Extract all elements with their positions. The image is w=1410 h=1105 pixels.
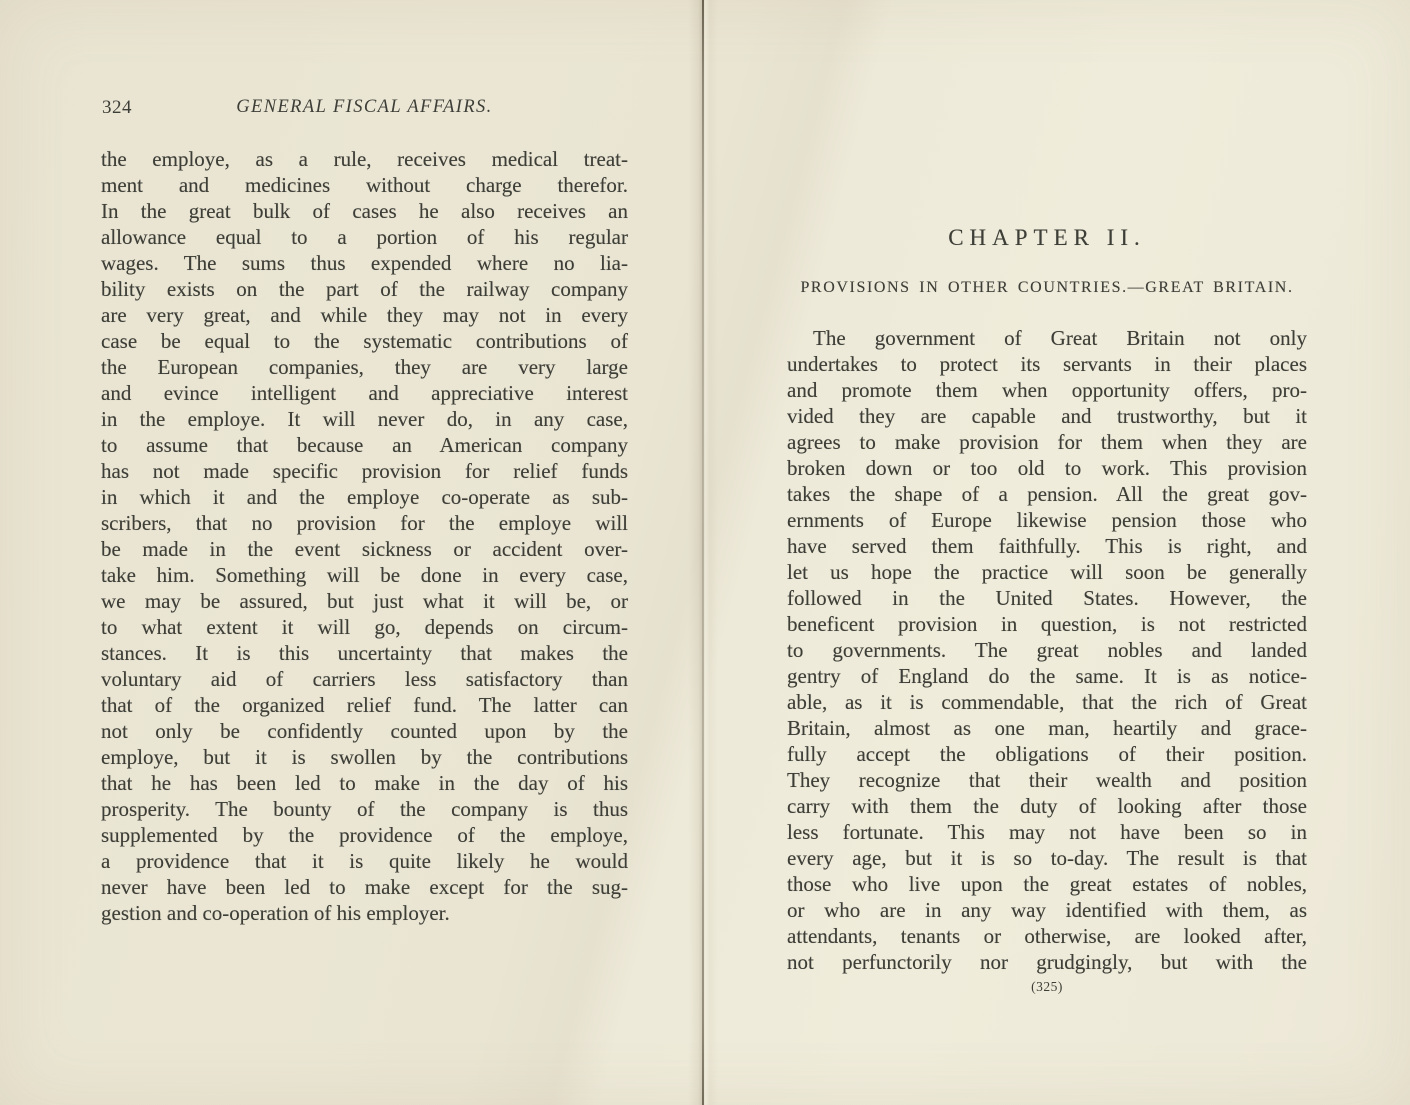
text-line: In the great bulk of cases he also recei… (101, 198, 628, 224)
text-line: take him. Something will be done in ever… (101, 562, 628, 588)
text-line: or who are in any way identified with th… (787, 897, 1307, 923)
text-line: that he has been led to make in the day … (101, 770, 628, 796)
text-line: we may be assured, but just what it will… (101, 588, 628, 614)
text-line: those who live upon the great estates of… (787, 871, 1307, 897)
text-line: attendants, tenants or otherwise, are lo… (787, 923, 1307, 949)
text-line: to what extent it will go, depends on ci… (101, 614, 628, 640)
chapter-subheading: PROVISIONS IN OTHER COUNTRIES.—GREAT BRI… (787, 279, 1307, 297)
text-line: wages. The sums thus expended where no l… (101, 250, 628, 276)
text-line: scribers, that no provision for the empl… (101, 510, 628, 536)
text-line: carry with them the duty of looking afte… (787, 793, 1307, 819)
text-line: have served them faithfully. This is rig… (787, 533, 1307, 559)
text-line: gentry of England do the same. It is as … (787, 663, 1307, 689)
text-line: followed in the United States. However, … (787, 585, 1307, 611)
running-header: GENERAL FISCAL AFFAIRS. (101, 97, 628, 118)
text-line: not perfunctorily nor grudgingly, but wi… (787, 949, 1307, 975)
text-line: takes the shape of a pension. All the gr… (787, 481, 1307, 507)
text-line: the European companies, they are very la… (101, 354, 628, 380)
right-body-text: The government of Great Britain not only… (787, 325, 1307, 975)
text-line: employe, but it is swollen by the contri… (101, 744, 628, 770)
text-line: be made in the event sickness or acciden… (101, 536, 628, 562)
text-line: fully accept the obligations of their po… (787, 741, 1307, 767)
running-header-row: 324 GENERAL FISCAL AFFAIRS. (101, 97, 628, 121)
left-body-lines: the employe, as a rule, receives medical… (101, 146, 628, 900)
text-line: beneficent provision in question, is not… (787, 611, 1307, 637)
text-line: broken down or too old to work. This pro… (787, 455, 1307, 481)
text-line: undertakes to protect its servants in th… (787, 351, 1307, 377)
page-right: CHAPTER II. PROVISIONS IN OTHER COUNTRIE… (787, 0, 1307, 1105)
text-line: ernments of Europe likewise pension thos… (787, 507, 1307, 533)
text-line: and promote them when opportunity offers… (787, 377, 1307, 403)
text-line: stances. It is this uncertainty that mak… (101, 640, 628, 666)
text-line: not only be confidently counted upon by … (101, 718, 628, 744)
text-line: and evince intelligent and appreciative … (101, 380, 628, 406)
right-body-lines: The government of Great Britain not only… (787, 325, 1307, 975)
text-line: allowance equal to a portion of his regu… (101, 224, 628, 250)
text-line: voluntary aid of carriers less satisfact… (101, 666, 628, 692)
text-line: case be equal to the systematic contribu… (101, 328, 628, 354)
text-line: gestion and co-operation of his employer… (101, 900, 628, 926)
text-line: are very great, and while they may not i… (101, 302, 628, 328)
text-line: the employe, as a rule, receives medical… (101, 146, 628, 172)
text-line: let us hope the practice will soon be ge… (787, 559, 1307, 585)
text-line: every age, but it is so to-day. The resu… (787, 845, 1307, 871)
text-line: supplemented by the providence of the em… (101, 822, 628, 848)
text-line: in the employe. It will never do, in any… (101, 406, 628, 432)
text-line: able, as it is commendable, that the ric… (787, 689, 1307, 715)
text-line: in which it and the employe co-operate a… (101, 484, 628, 510)
text-line: ment and medicines without charge theref… (101, 172, 628, 198)
text-line: vided they are capable and trustworthy, … (787, 403, 1307, 429)
left-body-text: the employe, as a rule, receives medical… (101, 146, 628, 926)
text-line: Britain, almost as one man, heartily and… (787, 715, 1307, 741)
text-line: to governments. The great nobles and lan… (787, 637, 1307, 663)
chapter-heading: CHAPTER II. (787, 225, 1307, 251)
text-line: never have been led to make except for t… (101, 874, 628, 900)
text-line: They recognize that their wealth and pos… (787, 767, 1307, 793)
text-line: The government of Great Britain not only (787, 325, 1307, 351)
page-number-right: (325) (787, 979, 1307, 995)
text-line: less fortunate. This may not have been s… (787, 819, 1307, 845)
book-spread: 324 GENERAL FISCAL AFFAIRS. the employe,… (0, 0, 1410, 1105)
page-left: 324 GENERAL FISCAL AFFAIRS. the employe,… (101, 0, 628, 1105)
text-line: has not made specific provision for reli… (101, 458, 628, 484)
text-line: that of the organized relief fund. The l… (101, 692, 628, 718)
text-line: agrees to make provision for them when t… (787, 429, 1307, 455)
text-line: bility exists on the part of the railway… (101, 276, 628, 302)
text-line: prosperity. The bounty of the company is… (101, 796, 628, 822)
text-line: a providence that it is quite likely he … (101, 848, 628, 874)
gutter-crease (688, 0, 718, 1105)
text-line: to assume that because an American compa… (101, 432, 628, 458)
